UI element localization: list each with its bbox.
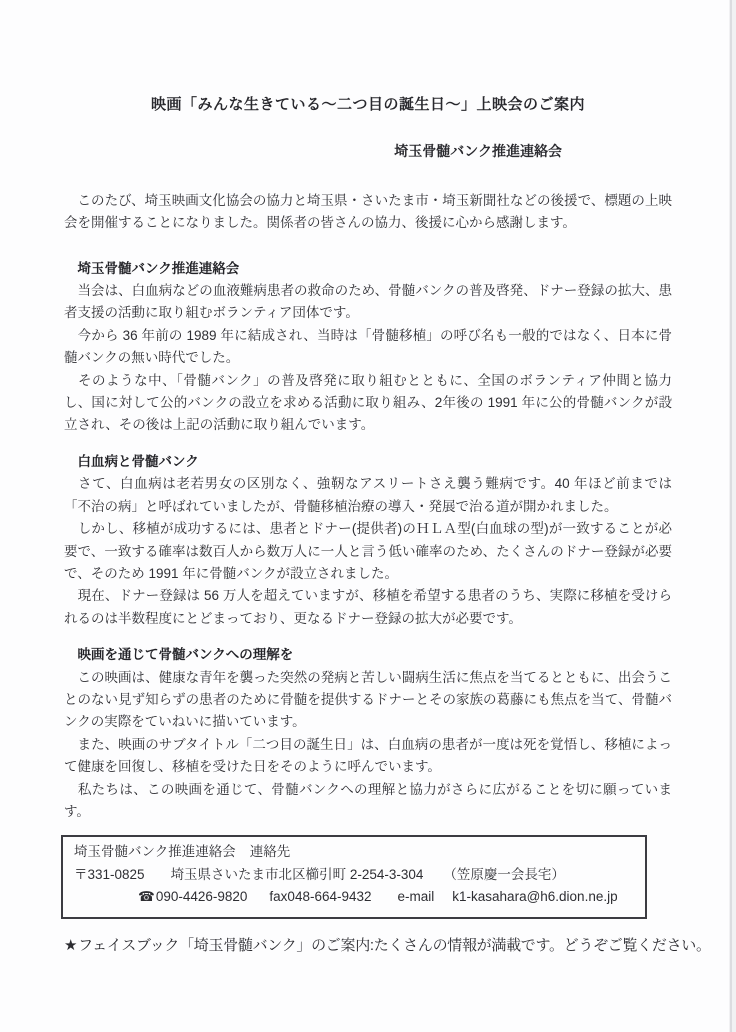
paragraph: また、映画のサブタイトル「二つ目の誕生日」は、白血病の患者が一度は死を覚悟し、移… [64,734,672,779]
facebook-notice: ★フェイスブック「埼玉骨髄バンク」のご案内:たくさんの情報が満載です。どうぞご覧… [64,935,672,957]
star-icon: ★ [64,937,77,954]
intro-paragraph: このたび、埼玉映画文化協会の協力と埼玉県・さいたま市・埼玉新聞社などの後援で、標… [64,190,672,235]
document-title: 映画「みんな生きている～二つ目の誕生日～」上映会のご案内 [64,0,672,116]
address-note: （笠原慶一会長宅） [443,867,565,882]
phone-number: 090-4426-9820 [156,889,248,904]
paragraph: 今から 36 年前の 1989 年に結成され、当時は「骨髄移植」の呼び名も一般的… [64,325,672,370]
contact-org-line: 埼玉骨髄バンク推進連絡会連絡先 [74,841,635,863]
phone-icon: ☎ [138,889,155,904]
contact-address-line: 〒331-0825埼玉県さいたま市北区櫛引町 2-254-3-304（笠原慶一会… [74,864,635,886]
contact-org-name: 埼玉骨髄バンク推進連絡会 [74,844,236,859]
facebook-notice-text: フェイスブック「埼玉骨髄バンク」のご案内:たくさんの情報が満載です。どうぞご覧く… [78,937,711,954]
scanned-document-page: 映画「みんな生きている～二つ目の誕生日～」上映会のご案内 埼玉骨髄バンク推進連絡… [0,0,736,1032]
section-heading-movie: 映画を通じて骨髄バンクへの理解を [64,644,672,666]
section-heading-leukemia: 白血病と骨髄バンク [64,451,672,473]
contact-box: 埼玉骨髄バンク推進連絡会連絡先 〒331-0825埼玉県さいたま市北区櫛引町 2… [61,835,647,918]
postal-code: 〒331-0825 [74,867,145,882]
section-movie-understanding: 映画を通じて骨髄バンクへの理解を この映画は、健康な青年を襲った突然の発病と苦し… [64,644,672,823]
issuer-name: 埼玉骨髄バンク推進連絡会 [64,140,672,162]
fax-number: fax048-664-9432 [269,889,371,904]
section-heading-council: 埼玉骨髄バンク推進連絡会 [64,258,672,280]
paragraph: さて、白血病は老若男女の区別なく、強靭なアスリートさえ襲う難病です。40 年ほど… [64,473,672,518]
paragraph: この映画は、健康な青年を襲った突然の発病と苦しい闘病生活に焦点を当てるとともに、… [64,667,672,734]
section-about-council: 埼玉骨髄バンク推進連絡会 当会は、白血病などの血液難病患者の救命のため、骨髄バン… [64,258,672,437]
paragraph: 現在、ドナー登録は 56 万人を超えていますが、移植を希望する患者のうち、実際に… [64,585,672,630]
email-address: k1-kasahara@h6.dion.ne.jp [452,889,617,904]
section-leukemia-bank: 白血病と骨髄バンク さて、白血病は老若男女の区別なく、強靭なアスリートさえ襲う難… [64,451,672,630]
paragraph: 私たちは、この映画を通じて、骨髄バンクへの理解と協力がさらに広がることを切に願っ… [64,779,672,824]
street-address: 埼玉県さいたま市北区櫛引町 2-254-3-304 [171,867,424,882]
paragraph: しかし、移植が成功するには、患者とドナー(提供者)のＨＬＡ型(白血球の型)が一致… [64,518,672,585]
scan-edge-line-artifact [730,0,732,1032]
email-label: e-mail [398,889,435,904]
paragraph: そのような中、「骨髄バンク」の普及啓発に取り組むとともに、全国のボランティア仲間… [64,370,672,437]
paragraph: 当会は、白血病などの血液難病患者の救命のため、骨髄バンクの普及啓発、ドナー登録の… [64,280,672,325]
contact-label: 連絡先 [250,844,291,859]
contact-phone-line: ☎090-4426-9820fax048-664-9432e-mailk1-ka… [74,886,635,908]
